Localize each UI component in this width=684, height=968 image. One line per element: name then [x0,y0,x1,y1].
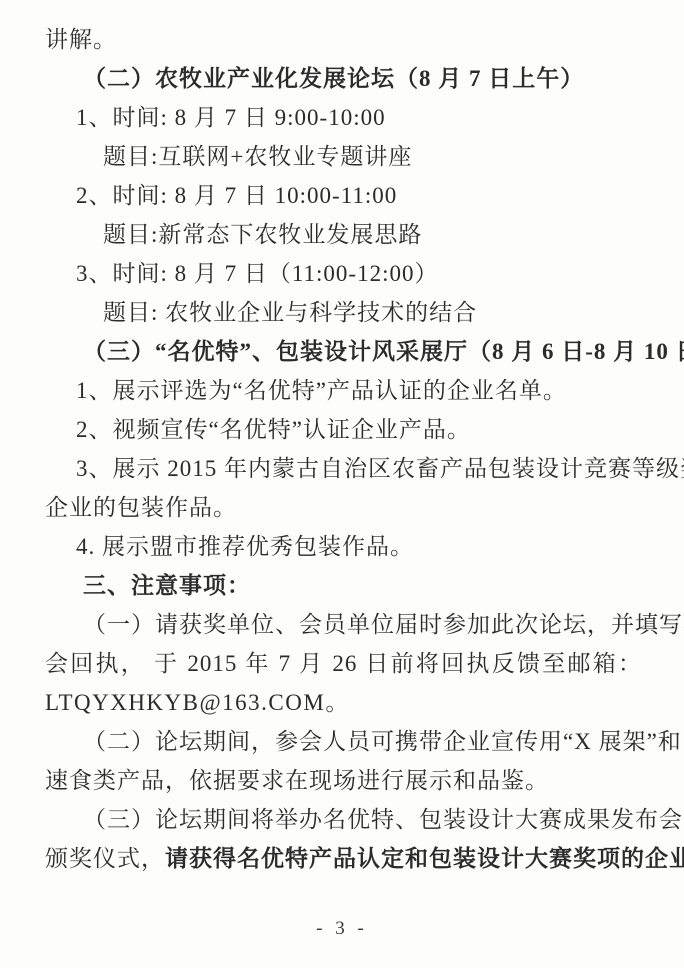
forum-section-heading: （二）农牧业产业化发展论坛（8 月 7 日上午） [45,59,642,98]
notes-section-heading: 三、注意事项： [45,566,642,605]
document-body: 讲解。 （二）农牧业产业化发展论坛（8 月 7 日上午） 1、时间: 8 月 7… [0,0,684,878]
note-3-line-2: 颁奖仪式，请获得名优特产品认定和包装设计大赛奖项的企业务 [45,839,642,878]
exhibit-item-3-line2: 企业的包装作品。 [45,488,642,527]
note-1-line-1: （一）请获奖单位、会员单位届时参加此次论坛，并填写参 [45,605,642,644]
note-1-line-2: 会回执， 于 2015 年 7 月 26 日前将回执反馈至邮箱： [45,644,642,683]
forum-item-2-topic: 题目:新常态下农牧业发展思路 [45,215,642,254]
note-2-line-1: （二）论坛期间，参会人员可携带企业宣传用“X 展架”和 [45,722,642,761]
note-3-line-2-prefix: 颁奖仪式， [45,846,165,871]
forum-item-1-time: 1、时间: 8 月 7 日 9:00-10:00 [45,98,642,137]
note-1-email: LTQYXHKYB@163.COM。 [45,683,642,722]
page-number: - 3 - [0,918,684,940]
note-3-line-2-bold-run: 请获得名优特产品认定和包装设计大赛奖项的企业务 [165,846,684,871]
exhibit-item-4: 4. 展示盟市推荐优秀包装作品。 [45,527,642,566]
forum-item-2-time: 2、时间: 8 月 7 日 10:00-11:00 [45,176,642,215]
note-3-line-1: （三）论坛期间将举办名优特、包装设计大赛成果发布会暨 [45,800,642,839]
note-2-line-2: 速食类产品，依据要求在现场进行展示和品鉴。 [45,761,642,800]
forum-item-3-topic: 题目: 农牧业企业与科学技术的结合 [45,293,642,332]
forum-item-1-topic: 题目:互联网+农牧业专题讲座 [45,137,642,176]
document-page: 讲解。 （二）农牧业产业化发展论坛（8 月 7 日上午） 1、时间: 8 月 7… [0,0,684,968]
intro-tail-line: 讲解。 [45,20,642,59]
exhibit-item-2: 2、视频宣传“名优特”认证企业产品。 [45,410,642,449]
exhibit-item-3-line1: 3、展示 2015 年内蒙古自治区农畜产品包装设计竞赛等级奖 [45,449,642,488]
exhibit-section-heading: （三）“名优特”、包装设计风采展厅（8 月 6 日-8 月 10 日） [45,332,642,371]
forum-item-3-time: 3、时间: 8 月 7 日（11:00-12:00） [45,254,642,293]
exhibit-item-1: 1、展示评选为“名优特”产品认证的企业名单。 [45,371,642,410]
